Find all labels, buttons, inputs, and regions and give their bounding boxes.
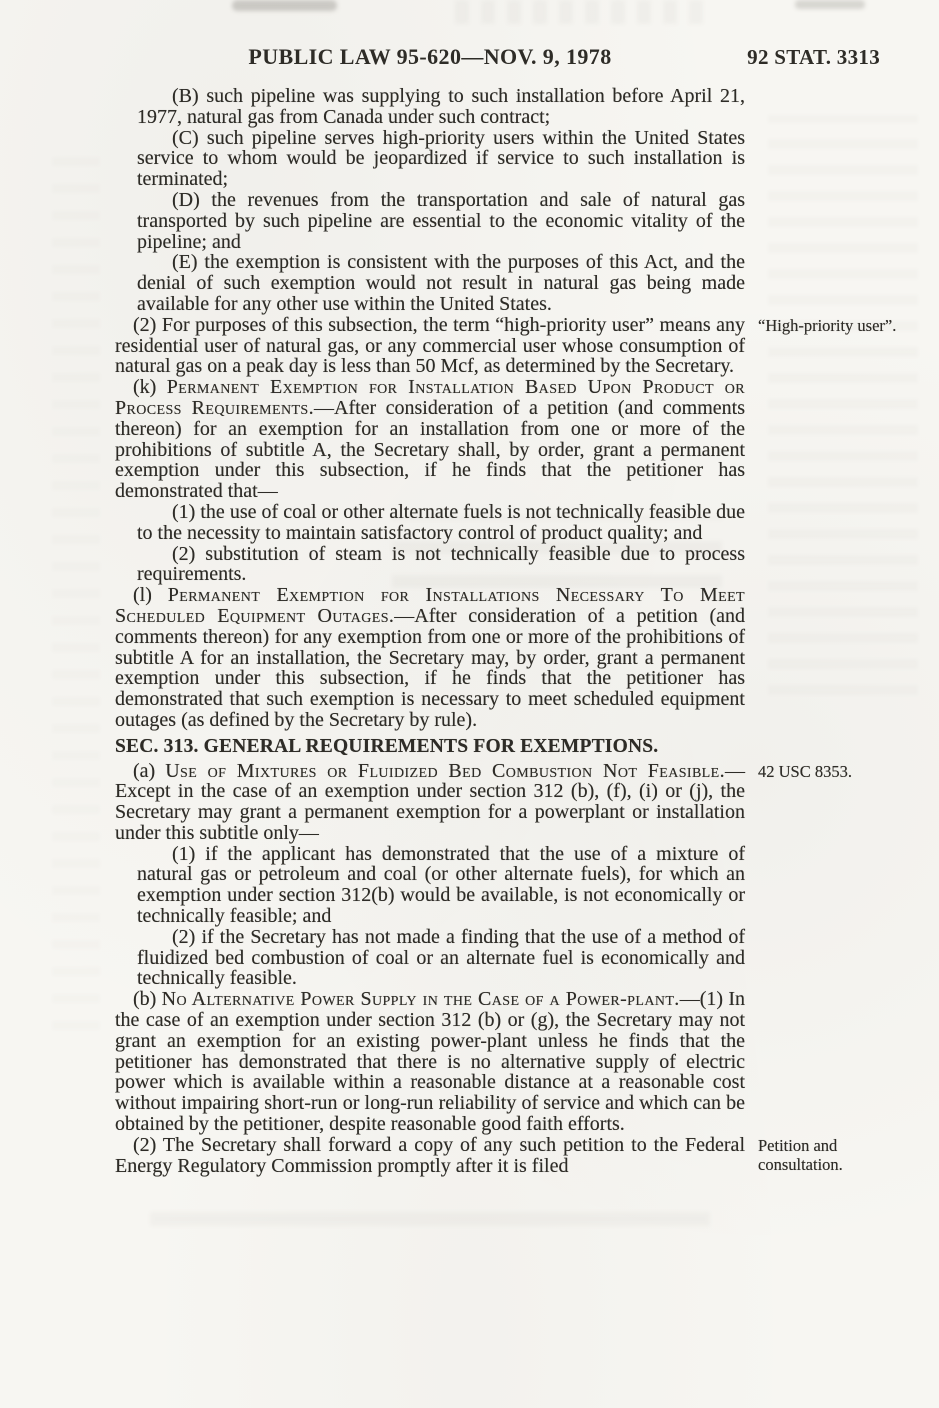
statute-paragraph: (b) No Alternative Power Supply in the C… <box>115 989 745 1135</box>
statute-paragraph: (2) For purposes of this subsection, the… <box>115 315 745 377</box>
scan-artifact-bleedthrough-right <box>768 115 918 695</box>
scan-artifact-bleedthrough-bottom <box>150 1212 710 1226</box>
text-run: (1) if the applicant has demonstrated th… <box>137 843 745 927</box>
statute-paragraph: (1) the use of coal or other alternate f… <box>137 502 745 544</box>
text-run: (D) the revenues from the transportation… <box>137 189 745 253</box>
text-run: (k) <box>133 376 167 398</box>
small-caps-subsection-title: Use of Mixtures or Fluidized Bed Combust… <box>165 760 725 782</box>
scan-artifact-top-right-smudge <box>795 0 865 9</box>
statute-paragraph: (B) such pipeline was supplying to such … <box>137 86 745 128</box>
text-run: —(1) In the case of an exemption under s… <box>115 988 745 1135</box>
text-run: (2) if the Secretary has not made a find… <box>137 926 745 990</box>
statute-paragraph: (D) the revenues from the transportation… <box>137 190 745 252</box>
small-caps-subsection-title: No Alternative Power Supply in the Case … <box>162 988 680 1010</box>
text-run: (b) <box>133 988 162 1010</box>
scan-artifact-top-ghost-text <box>455 0 705 24</box>
statute-page-scan: PUBLIC LAW 95-620—NOV. 9, 1978 92 STAT. … <box>0 0 939 1408</box>
text-run: (1) the use of coal or other alternate f… <box>137 501 745 544</box>
section-heading: SEC. 313. GENERAL REQUIREMENTS FOR EXEMP… <box>115 737 745 758</box>
scan-artifact-top-smudge <box>232 0 337 11</box>
statute-citation: 92 STAT. 3313 <box>745 45 880 70</box>
statute-paragraph: (l) Permanent Exemption for Installation… <box>115 585 745 731</box>
statute-paragraph: (C) such pipeline serves high-priority u… <box>137 128 745 190</box>
text-run: SEC. 313. GENERAL REQUIREMENTS FOR EXEMP… <box>115 736 658 757</box>
text-run: (a) <box>133 760 165 782</box>
running-head: PUBLIC LAW 95-620—NOV. 9, 1978 92 STAT. … <box>115 44 880 70</box>
statute-paragraph: (E) the exemption is consistent with the… <box>137 252 745 314</box>
statute-paragraph: (2) substitution of steam is not technic… <box>137 544 745 586</box>
statute-paragraph: (a) Use of Mixtures or Fluidized Bed Com… <box>115 761 745 844</box>
margin-note: “High-priority user”. <box>758 316 920 336</box>
text-run: (l) <box>133 584 168 606</box>
statute-paragraph: (2) The Secretary shall forward a copy o… <box>115 1135 745 1177</box>
text-run: (2) The Secretary shall forward a copy o… <box>115 1134 745 1177</box>
statute-body-text: (B) such pipeline was supplying to such … <box>115 86 745 1176</box>
margin-note: 42 USC 8353. <box>758 762 920 782</box>
statute-paragraph: (2) if the Secretary has not made a find… <box>137 927 745 989</box>
text-run: (B) such pipeline was supplying to such … <box>137 85 745 128</box>
scan-artifact-bleedthrough-left <box>52 150 100 1030</box>
text-run: (E) the exemption is consistent with the… <box>137 251 745 315</box>
law-title: PUBLIC LAW 95-620—NOV. 9, 1978 <box>115 44 745 70</box>
text-run: (2) For purposes of this subsection, the… <box>115 314 745 378</box>
statute-paragraph: (k) Permanent Exemption for Installation… <box>115 377 745 502</box>
statute-paragraph: (1) if the applicant has demonstrated th… <box>137 844 745 927</box>
margin-note: Petition and consultation. <box>758 1136 920 1175</box>
text-run: (C) such pipeline serves high-priority u… <box>137 127 745 191</box>
text-run: (2) substitution of steam is not technic… <box>137 543 745 586</box>
